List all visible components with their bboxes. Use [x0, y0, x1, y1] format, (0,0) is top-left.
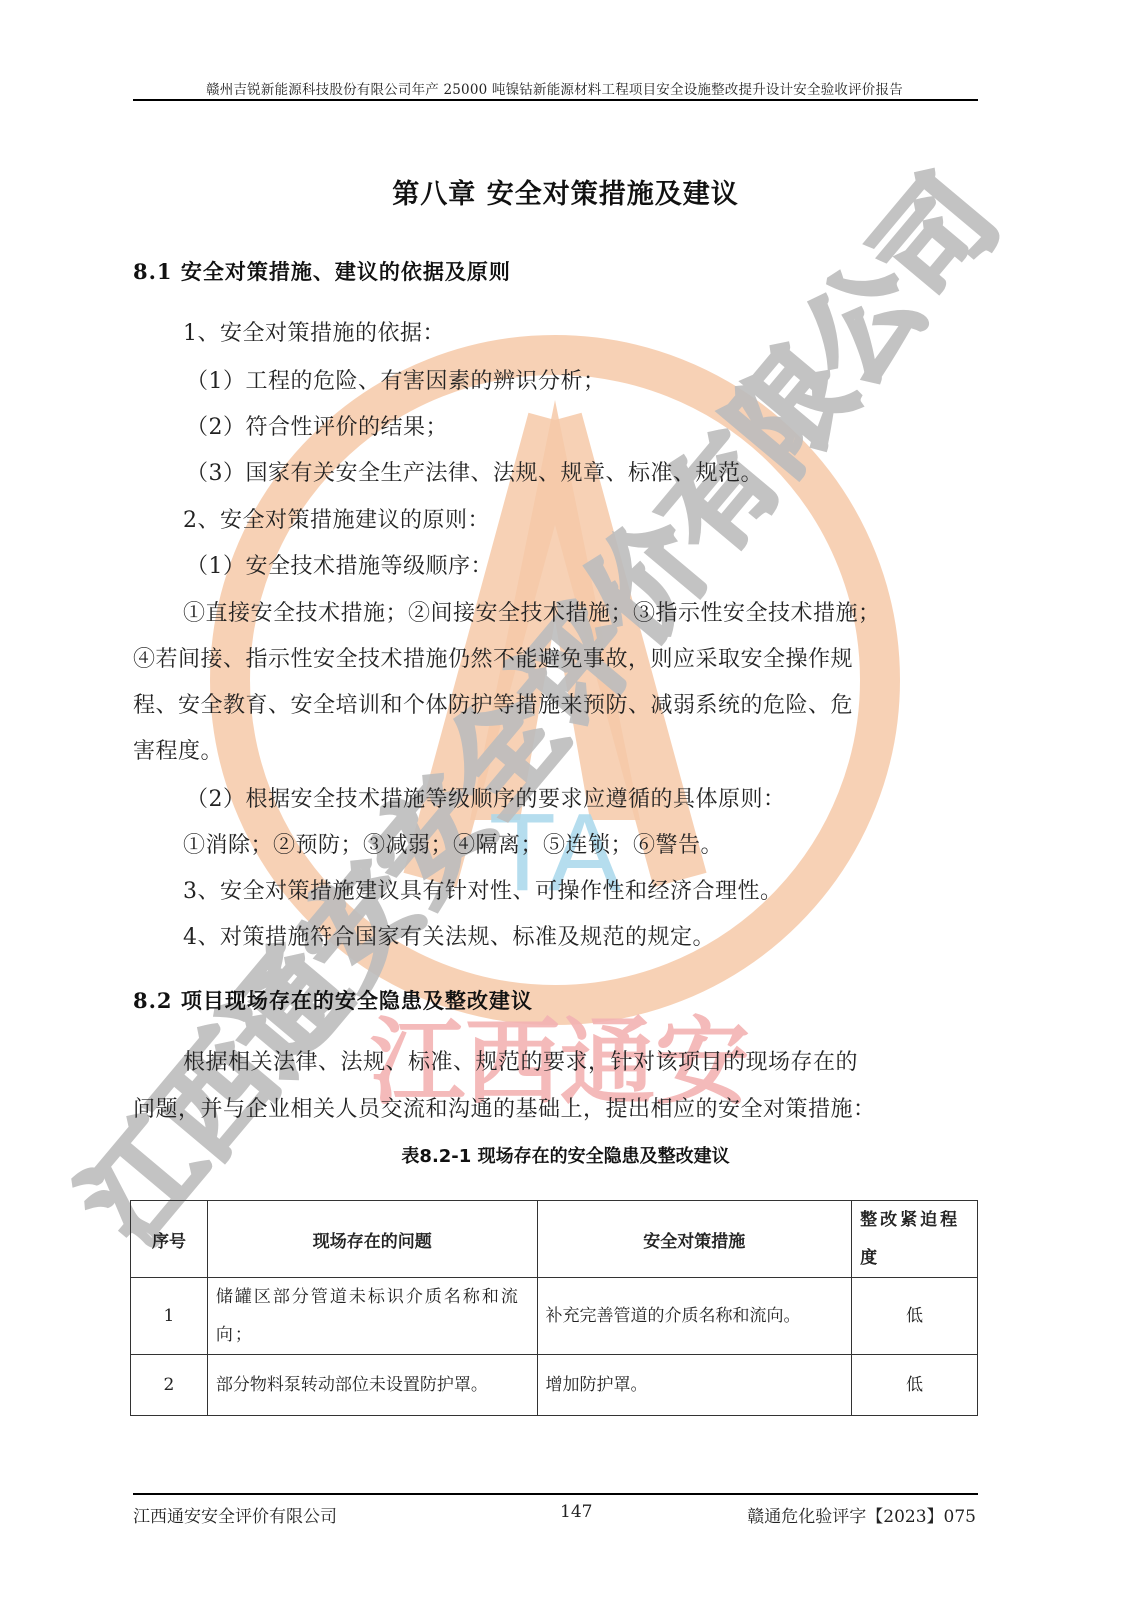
cell-no: 2	[131, 1355, 208, 1416]
cell-issue: 部分物料泵转动部位未设置防护罩。	[207, 1355, 537, 1416]
paragraph-line: 问题，并与企业相关人员交流和沟通的基础上，提出相应的安全对策措施：	[133, 1092, 978, 1123]
paragraph-line: （2）根据安全技术措施等级顺序的要求应遵循的具体原则：	[186, 782, 1031, 813]
cell-urgency: 低	[852, 1278, 978, 1355]
cell-issue: 储罐区部分管道未标识介质名称和流向；	[207, 1278, 537, 1355]
paragraph-line: 4、对策措施符合国家有关法规、标准及规范的规定。	[183, 920, 1028, 951]
header-urgency: 整改紧迫程度	[852, 1201, 978, 1278]
footer-rule	[133, 1493, 978, 1495]
paragraph-line: ①直接安全技术措施；②间接安全技术措施；③指示性安全技术措施；	[183, 596, 978, 627]
section-title-8-1: 8.1 安全对策措施、建议的依据及原则	[133, 256, 511, 286]
running-header: 赣州吉锐新能源科技股份有限公司年产 25000 吨镍钴新能源材料工程项目安全设施…	[133, 78, 976, 98]
footer-doc-code: 赣通危化验评字【2023】075	[747, 1502, 976, 1527]
paragraph-line: 1、安全对策措施的依据：	[183, 316, 1028, 347]
paragraph-line: （1）工程的危险、有害因素的辨识分析；	[186, 364, 1031, 395]
cell-measure: 增加防护罩。	[537, 1355, 852, 1416]
cell-no: 1	[131, 1278, 208, 1355]
header-measure: 安全对策措施	[537, 1201, 852, 1278]
table-caption: 表8.2-1 现场存在的安全隐患及整改建议	[0, 1142, 1131, 1168]
paragraph-line: 害程度。	[133, 734, 978, 765]
paragraph-line: 2、安全对策措施建议的原则：	[183, 503, 1028, 534]
paragraph-line: ①消除；②预防；③减弱；④隔离；⑤连锁；⑥警告。	[183, 828, 1028, 859]
cell-measure: 补充完善管道的介质名称和流向。	[537, 1278, 852, 1355]
header-no: 序号	[131, 1201, 208, 1278]
paragraph-line: （2）符合性评价的结果；	[186, 410, 1031, 441]
header-issue: 现场存在的问题	[207, 1201, 537, 1278]
hazard-table: 序号 现场存在的问题 安全对策措施 整改紧迫程度 1 储罐区部分管道未标识介质名…	[130, 1200, 978, 1416]
paragraph-line: 根据相关法律、法规、标准、规范的要求，针对该项目的现场存在的	[183, 1045, 1028, 1076]
table-header-row: 序号 现场存在的问题 安全对策措施 整改紧迫程度	[131, 1201, 978, 1278]
table-row: 1 储罐区部分管道未标识介质名称和流向； 补充完善管道的介质名称和流向。 低	[131, 1278, 978, 1355]
paragraph-line: ④若间接、指示性安全技术措施仍然不能避免事故，则应采取安全操作规	[133, 642, 978, 673]
chapter-title: 第八章 安全对策措施及建议	[0, 172, 1131, 211]
footer-company: 江西通安安全评价有限公司	[133, 1502, 337, 1527]
cell-urgency: 低	[852, 1355, 978, 1416]
footer-page-number: 147	[560, 1502, 592, 1522]
paragraph-line: 3、安全对策措施建议具有针对性、可操作性和经济合理性。	[183, 874, 1028, 905]
paragraph-line: （3）国家有关安全生产法律、法规、规章、标准、规范。	[186, 456, 1031, 487]
header-rule	[133, 99, 978, 101]
table-row: 2 部分物料泵转动部位未设置防护罩。 增加防护罩。 低	[131, 1355, 978, 1416]
document-page: TA 江西通安 江西通安安全评价有限公司 赣州吉锐新能源科技股份有限公司年产 2…	[0, 0, 1131, 1600]
paragraph-line: （1）安全技术措施等级顺序：	[186, 549, 1031, 580]
section-title-8-2: 8.2 项目现场存在的安全隐患及整改建议	[133, 985, 533, 1015]
paragraph-line: 程、安全教育、安全培训和个体防护等措施来预防、减弱系统的危险、危	[133, 688, 978, 719]
